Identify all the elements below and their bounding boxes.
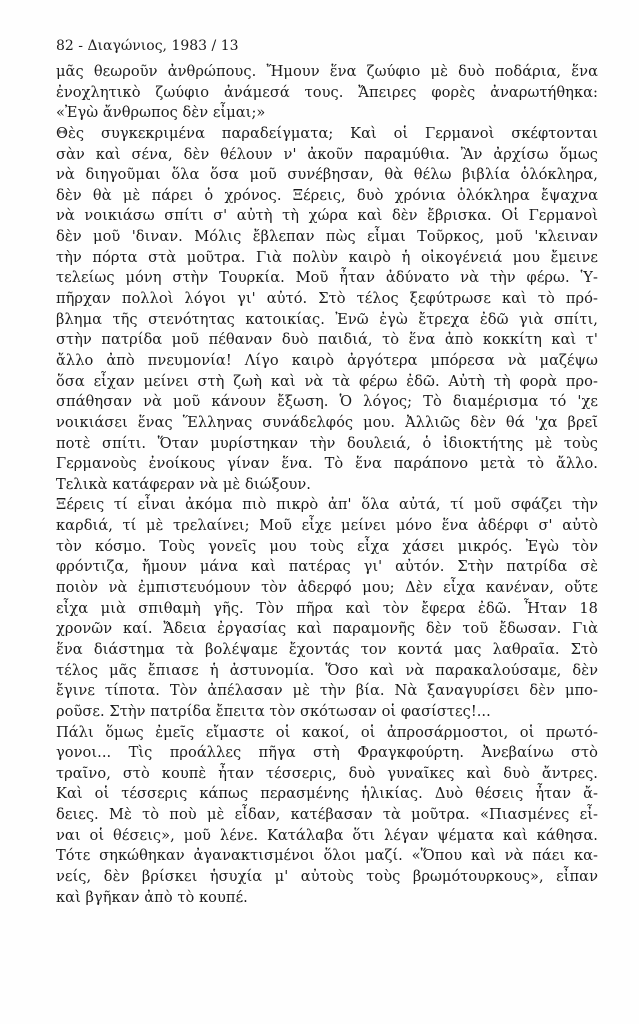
text-line: χρονῶν καί. Ἄδεια ἐργασίας καὶ παραμονῆς… bbox=[56, 619, 598, 640]
text-line: τέλος μᾶς ἔπιασε ἡ ἀστυνομία. Ὅσο καὶ νὰ… bbox=[56, 661, 598, 682]
text-line: σὰν καὶ σένα, δὲν θέλουν ν' ἀκοῦν παραμύ… bbox=[56, 145, 598, 166]
text-line: βλημα τῆς στενότητας κατοικίας. Ἐνῶ ἐγὼ … bbox=[56, 310, 598, 331]
text-line: ἐνοχλητικὸ ζωύφιο ἀνάμεσά τους. Ἄπειρες … bbox=[56, 83, 598, 104]
text-line: καὶ βγῆκαν ἀπὸ τὸ κουπέ. bbox=[56, 888, 598, 909]
text-line: νὰ διηγοῦμαι ὅλα ὅσα μοῦ συνέβησαν, θὰ θ… bbox=[56, 165, 598, 186]
text-line: ὅσα εἶχαν μείνει στὴ ζωὴ καὶ νὰ τὰ φέρω … bbox=[56, 372, 598, 393]
text-line: Τελικὰ κατάφεραν νὰ μὲ διώξουν. bbox=[56, 475, 598, 496]
text-line: γονοι... Τὶς προάλλες πῆγα στὴ Φραγκφούρ… bbox=[56, 743, 598, 764]
text-line: πῆρχαν πολλοὶ λόγοι γι' αὐτό. Στὸ τέλος … bbox=[56, 289, 598, 310]
text-line: ποιὸν νὰ ἐμπιστευόμουν τὸν ἀδερφό μου; Δ… bbox=[56, 578, 598, 599]
text-line: ἕνα διάστημα τὰ βολέψαμε ἔχοντάς τον κον… bbox=[56, 640, 598, 661]
text-line: Τότε σηκώθηκαν ἀγανακτισμένοι ὅλοι μαζί.… bbox=[56, 846, 598, 867]
text-line: στὴν πατρίδα μοῦ πέθαναν δυὸ παιδιά, τὸ … bbox=[56, 330, 598, 351]
text-line: ἄλλο ἀπὸ πνευμονία! Λίγο καιρὸ ἀργότερα … bbox=[56, 351, 598, 372]
text-line: τὸν κόσμο. Τοὺς γονεῖς μου τοὺς εἶχα χάσ… bbox=[56, 537, 598, 558]
text-line: ἔγινε τίποτα. Τὸν ἀπέλασαν μὲ τὴν βία. Ν… bbox=[56, 681, 598, 702]
running-head: 82 - Διαγώνιος, 1983 / 13 bbox=[56, 37, 239, 55]
text-line: φρόντιζα, ἤμουν μάνα καὶ πατέρας γι' αὐτ… bbox=[56, 557, 598, 578]
text-line: καρδιά, τί μὲ τρελαίνει; Μοῦ εἶχε μείνει… bbox=[56, 516, 598, 537]
text-line: Γερμανοὺς ἐνοίκους γίναν ἕνα. Τὸ ἕνα παρ… bbox=[56, 454, 598, 475]
text-line: Ξέρεις τί εἶναι ἀκόμα πιὸ πικρὸ ἀπ' ὅλα … bbox=[56, 495, 598, 516]
text-line: Θὲς συγκεκριμένα παραδείγματα; Καὶ οἱ Γε… bbox=[56, 124, 598, 145]
text-line: δειες. Μὲ τὸ ποὺ μὲ εἶδαν, κατέβασαν τὰ … bbox=[56, 805, 598, 826]
text-line: Καὶ οἱ τέσσερις κάπως περασμένης ἡλικίας… bbox=[56, 784, 598, 805]
text-line: νοικιάσει ἕνας Ἕλληνας συνάδελφός μου. Ἀ… bbox=[56, 413, 598, 434]
text-line: ναι οἱ θέσεις», μοῦ λένε. Κατάλαβα ὅτι λ… bbox=[56, 826, 598, 847]
text-line: Πάλι ὅμως ἐμεῖς εἴμαστε οἱ κακοί, οἱ ἀπρ… bbox=[56, 723, 598, 744]
text-line: νείς, δὲν βρίσκει ἡσυχία μ' αὐτοὺς τοὺς … bbox=[56, 867, 598, 888]
text-line: ροῦσε. Στὴν πατρίδα ἔπειτα τὸν σκότωσαν … bbox=[56, 702, 598, 723]
text-line: τραῖνο, στὸ κουπὲ ἦταν τέσσερις, δυὸ γυν… bbox=[56, 764, 598, 785]
document-page: 82 - Διαγώνιος, 1983 / 13 μᾶς θεωροῦν ἀν… bbox=[0, 0, 639, 1024]
text-line: ποτὲ σπίτι. Ὅταν μυρίστηκαν τὴν δουλειά,… bbox=[56, 434, 598, 455]
text-line: σπάθησαν νὰ μοῦ κάνουν ἔξωση. Ὁ λόγος; Τ… bbox=[56, 392, 598, 413]
text-line: νὰ νοικιάσω σπίτι σ' αὐτὴ τὴ χώρα καὶ δὲ… bbox=[56, 206, 598, 227]
text-line: μᾶς θεωροῦν ἀνθρώπους. Ἤμουν ἕνα ζωύφιο … bbox=[56, 62, 598, 83]
text-line: τὴν πόρτα στὰ μοῦτρα. Γιὰ πολὺν καιρὸ ἡ … bbox=[56, 248, 598, 269]
body-text: μᾶς θεωροῦν ἀνθρώπους. Ἤμουν ἕνα ζωύφιο … bbox=[56, 62, 598, 908]
text-line: τελείως μόνη στὴν Τουρκία. Μοῦ ἦταν ἀδύν… bbox=[56, 268, 598, 289]
text-line: δὲν θὰ μὲ πάρει ὁ χρόνος. Ξέρεις, δυὸ χρ… bbox=[56, 186, 598, 207]
text-line: εἶχα μιὰ σπιθαμὴ γῆς. Τὸν πῆρα καὶ τὸν ἔ… bbox=[56, 599, 598, 620]
text-line: δὲν μοῦ 'διναν. Μόλις ἔβλεπαν πὼς εἶμαι … bbox=[56, 227, 598, 248]
text-line: «Ἐγὼ ἄνθρωπος δὲν εἶμαι;» bbox=[56, 103, 598, 124]
